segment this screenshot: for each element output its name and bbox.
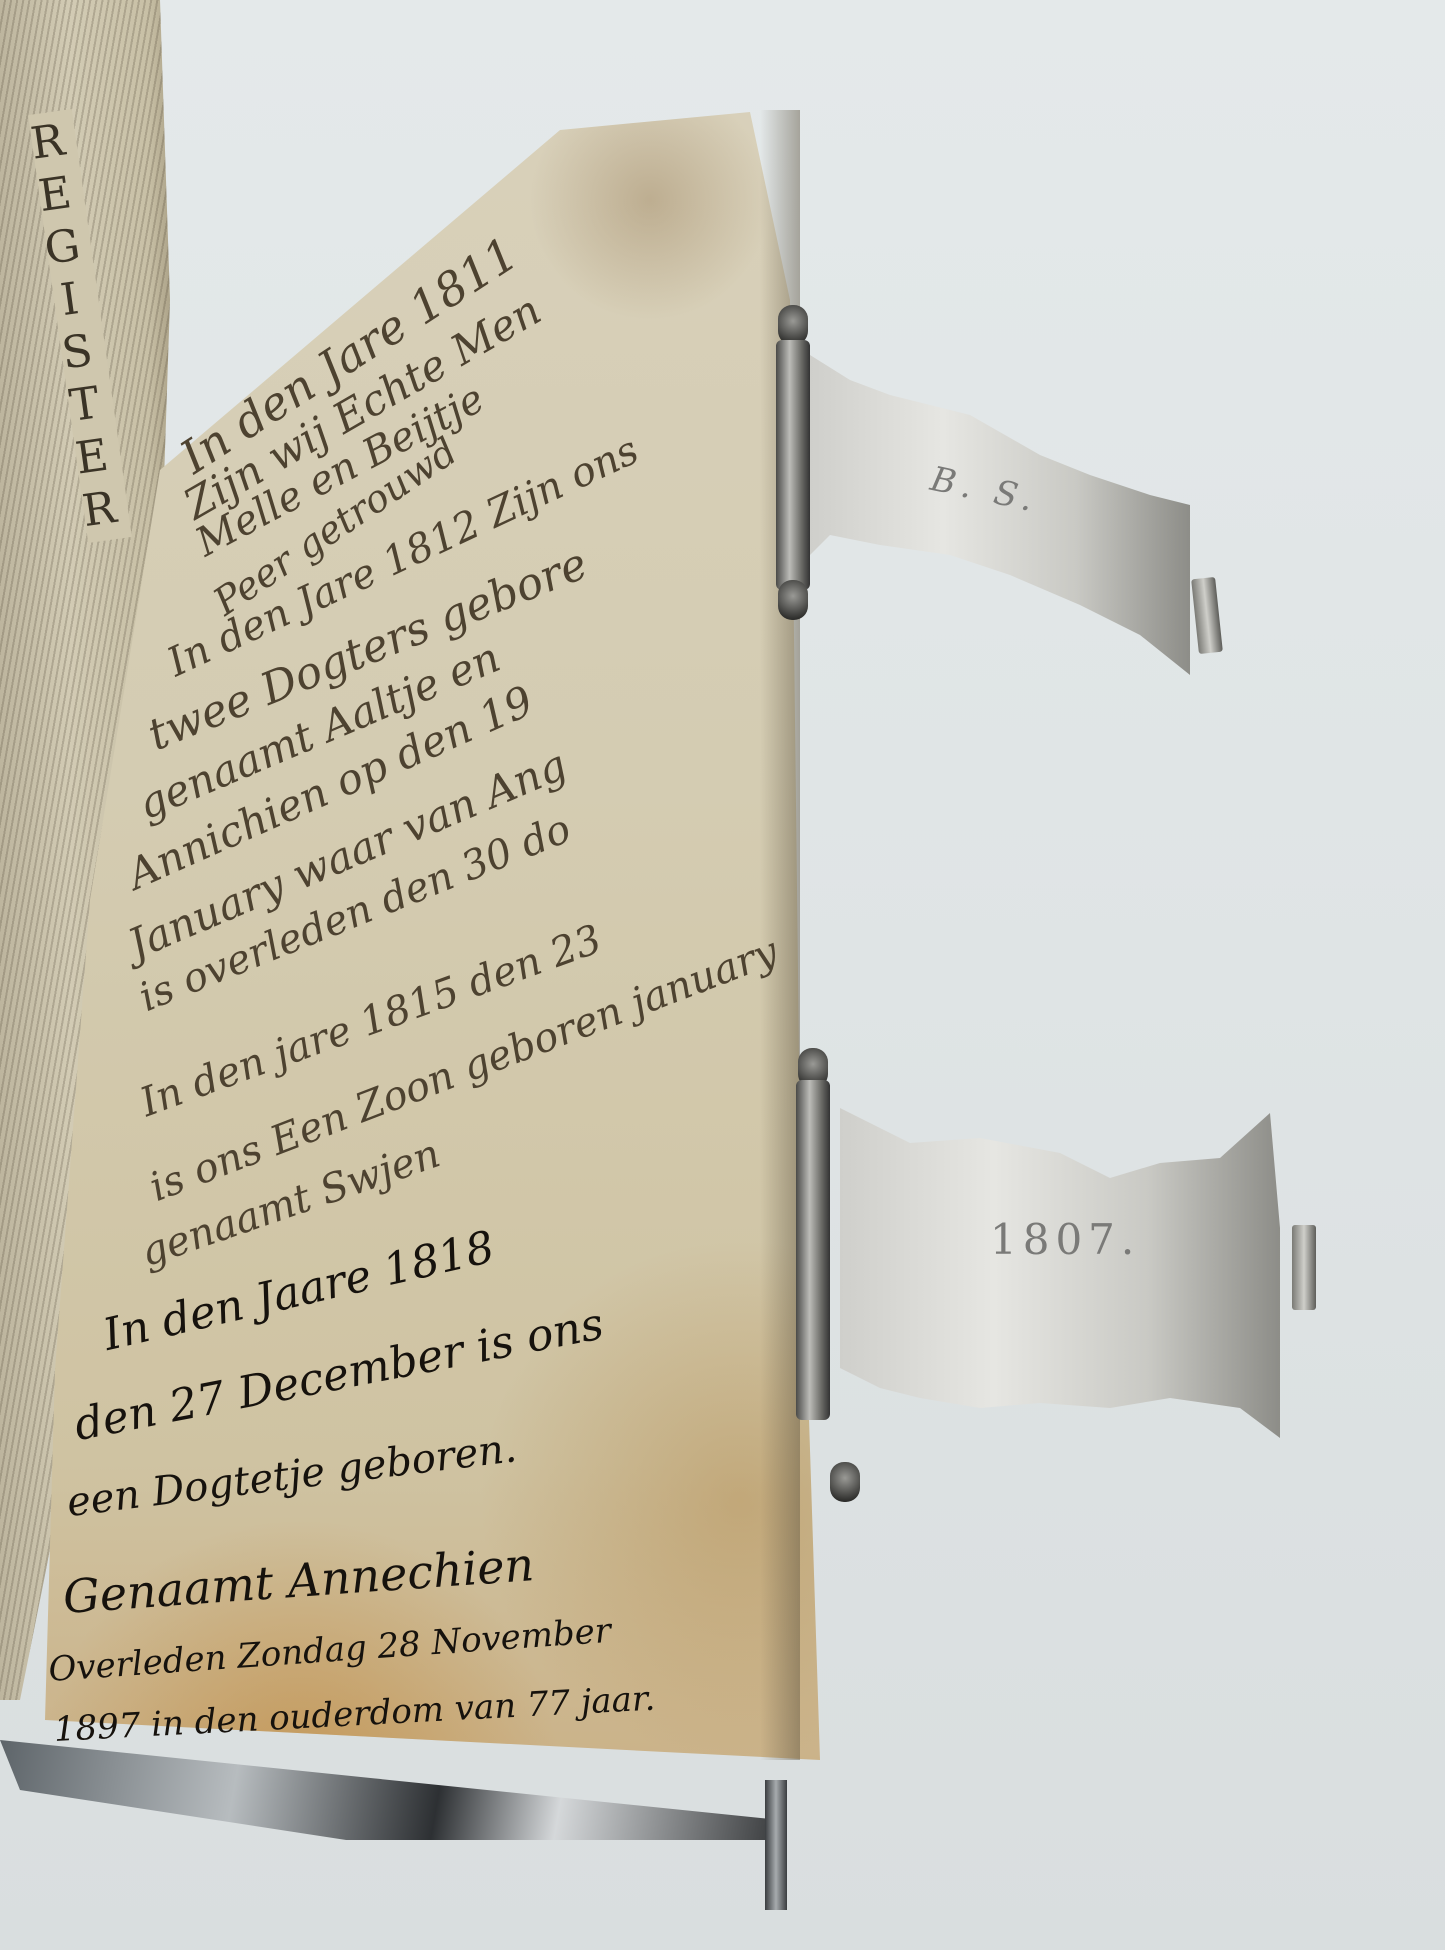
lower-hinge-pin (796, 1080, 830, 1420)
silver-cover-corner (765, 1780, 787, 1910)
hand-line: Overleden Zondag 28 November (47, 1611, 612, 1690)
hand-line: Genaamt Annechien (61, 1537, 535, 1624)
upper-hinge-top-knob (778, 305, 808, 345)
upper-hinge-bottom-knob (778, 580, 808, 620)
hand-line: 1897 in den ouderdom van 77 jaar. (53, 1679, 656, 1750)
lower-clasp-engraving: 1807. (990, 1215, 1140, 1264)
lower-hinge-bottom-knob (830, 1462, 860, 1502)
lower-clasp-catch[interactable] (1292, 1225, 1316, 1310)
upper-hinge-pin (776, 340, 810, 590)
photo-scene: REGISTER In den Jare 1811 Zijn wij Echte… (0, 0, 1445, 1950)
handwritten-entries: In den Jare 1811 Zijn wij Echte Men Mell… (0, 0, 1445, 1950)
